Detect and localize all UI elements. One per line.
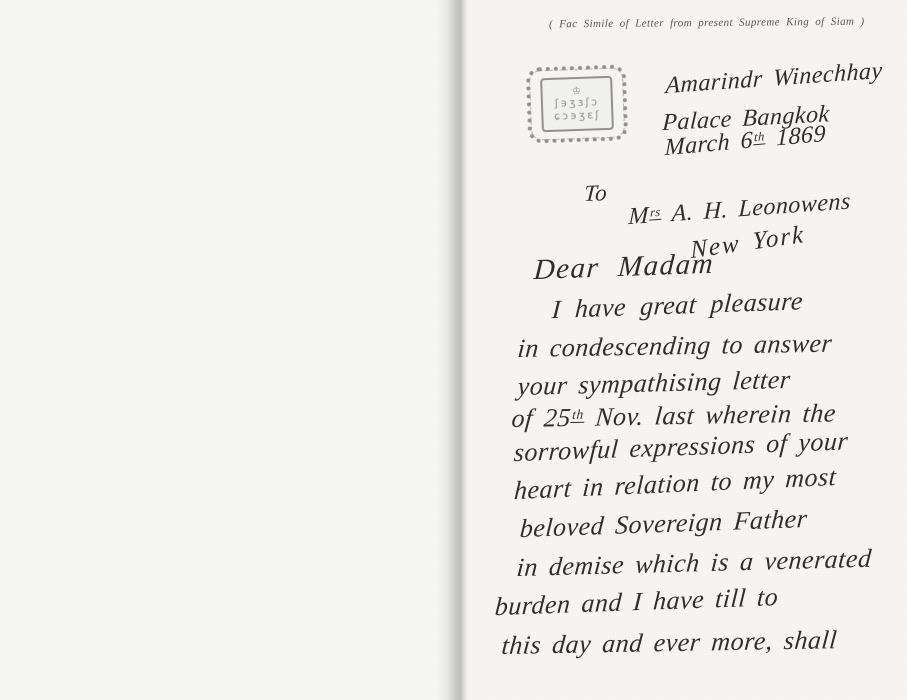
book-gutter-shadow [438, 0, 468, 700]
recipient-title-superscript: rs [649, 204, 662, 220]
date-year: 1869 [765, 121, 826, 152]
date-superscript: th [753, 129, 766, 145]
scanned-book-page: ( Fac Simile of Letter from present Supr… [0, 0, 907, 700]
body-line: this day and ever more, shall [500, 625, 838, 661]
seal-cartouche: ♔ ʃ϶ʒɜʃɔ ɕɔ϶ʒɛʃ [540, 76, 614, 132]
address-to: To [583, 180, 608, 207]
body-text: of 25 [510, 403, 572, 433]
seal-script-line: ɕɔ϶ʒɛʃ [554, 109, 601, 123]
salutation: Dear Madam [533, 248, 716, 287]
royal-seal-stamp: ♔ ʃ϶ʒɜʃɔ ɕɔ϶ʒɛʃ [526, 64, 629, 143]
recipient-title: M [628, 203, 649, 231]
body-text: Nov. last wherein the [583, 398, 837, 431]
body-line: in condescending to answer [516, 329, 833, 365]
